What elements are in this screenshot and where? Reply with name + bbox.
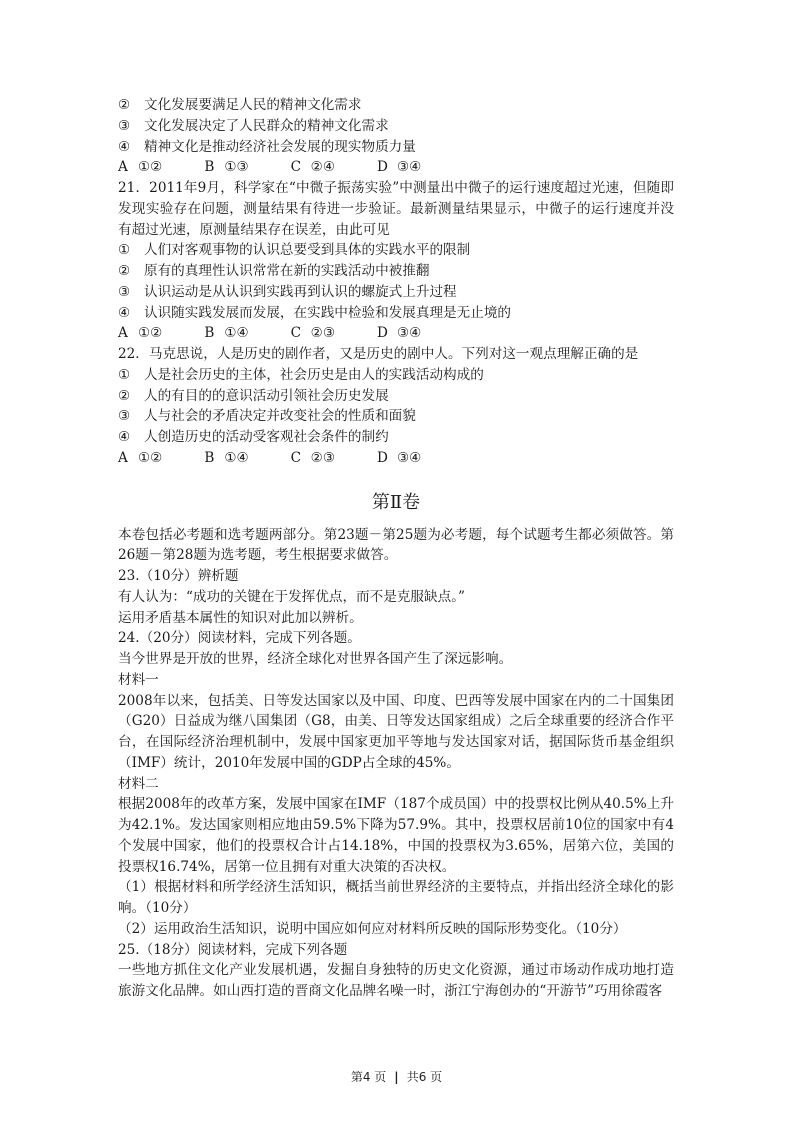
option-item: ④人创造历史的活动受客观社会条件的制约	[118, 427, 674, 448]
option-item: ①人们对客观事物的认识总要受到具体的实践水平的限制	[118, 240, 674, 261]
choice-value: ③④	[397, 323, 459, 344]
option-item: ③人与社会的矛盾决定并改变社会的性质和面貌	[118, 406, 674, 427]
q25-text: 一些地方抓住文化产业发展机遇，发掘自身独特的历史文化资源，通过市场动作成功地打造…	[118, 960, 674, 1002]
part2-intro: 本卷包括必考题和选考题两部分。第23题－第25题为必考题，每个试题考生都必须做答…	[118, 525, 674, 567]
option-item: ③文化发展决定了人民群众的精神文化需求	[118, 116, 674, 137]
choice-letter: C	[291, 157, 311, 178]
material1-title: 材料一	[118, 670, 674, 691]
option-text: 人与社会的矛盾决定并改变社会的性质和面貌	[144, 408, 416, 424]
option-text: 认识随实践发展而发展，在实践中检验和发展真理是无止境的	[144, 305, 511, 321]
option-text: 原有的真理性认识常常在新的实践活动中被推翻	[144, 263, 429, 279]
option-text: 文化发展决定了人民群众的精神文化需求	[144, 118, 389, 134]
footer-separator: |	[394, 1070, 398, 1084]
q22-stem: 22．马克思说，人是历史的剧作者，又是历史的剧中人。下列对这一观点理解正确的是	[118, 344, 674, 365]
option-text: 人创造历史的活动受客观社会条件的制约	[144, 429, 389, 445]
q20-answer-choices: A①② B①③ C②④ D③④	[118, 157, 674, 178]
choice-value: ①③	[224, 157, 286, 178]
option-item: ①人是社会历史的主体，社会历史是由人的实践活动构成的	[118, 365, 674, 386]
choice-value: ①④	[224, 448, 286, 469]
choice-letter: D	[377, 157, 397, 178]
q24-header: 24.（20分）阅读材料，完成下列各题。	[118, 628, 674, 649]
q21-stem: 21．2011年9月，科学家在“中微子振荡实验”中测量出中微子的运行速度超过光速…	[118, 178, 674, 240]
q20-options: ②文化发展要满足人民的精神文化需求 ③文化发展决定了人民群众的精神文化需求 ④精…	[118, 95, 674, 157]
q25-header: 25.（18分）阅读材料，完成下列各题	[118, 940, 674, 961]
option-text: 人是社会历史的主体，社会历史是由人的实践活动构成的	[144, 367, 484, 383]
q21-options: ①人们对客观事物的认识总要受到具体的实践水平的限制 ②原有的真理性认识常常在新的…	[118, 240, 674, 323]
option-text: 文化发展要满足人民的精神文化需求	[144, 97, 362, 113]
choice-letter: C	[291, 323, 311, 344]
q24-subquestion-1: （1）根据材料和所学经济生活知识，概括当前世界经济的主要特点，并指出经济全球化的…	[118, 877, 674, 919]
choice-value: ①④	[224, 323, 286, 344]
option-item: ④认识随实践发展而发展，在实践中检验和发展真理是无止境的	[118, 303, 674, 324]
option-text: 人们对客观事物的认识总要受到具体的实践水平的限制	[144, 242, 470, 258]
option-number: ④	[118, 137, 144, 158]
choice-letter: B	[204, 323, 224, 344]
choice-value: ②③	[311, 323, 373, 344]
material2-text: 根据2008年的改革方案，发展中国家在IMF（187个成员国）中的投票权比例从4…	[118, 794, 674, 877]
option-number: ④	[118, 427, 144, 448]
choice-letter: B	[204, 448, 224, 469]
current-page: 第4 页	[351, 1070, 386, 1084]
option-item: ②原有的真理性认识常常在新的实践活动中被推翻	[118, 261, 674, 282]
choice-value: ③④	[397, 157, 459, 178]
q23-header: 23.（10分）辨析题	[118, 566, 674, 587]
option-number: ③	[118, 282, 144, 303]
choice-value: ②③	[311, 448, 373, 469]
total-pages: 共6 页	[407, 1070, 442, 1084]
choice-value: ①②	[138, 448, 200, 469]
document-page: ②文化发展要满足人民的精神文化需求 ③文化发展决定了人民群众的精神文化需求 ④精…	[118, 95, 674, 1002]
option-text: 认识运动是从认识到实践再到认识的螺旋式上升过程	[144, 284, 457, 300]
option-number: ①	[118, 365, 144, 386]
page-footer: 第4 页|共6 页	[0, 1068, 793, 1085]
q24-lead: 当今世界是开放的世界，经济全球化对世界各国产生了深远影响。	[118, 649, 674, 670]
option-number: ②	[118, 386, 144, 407]
choice-letter: D	[377, 323, 397, 344]
option-text: 精神文化是推动经济社会发展的现实物质力量	[144, 139, 416, 155]
q22-answer-choices: A①② B①④ C②③ D③④	[118, 448, 674, 469]
choice-value: ②④	[311, 157, 373, 178]
section-title: 第Ⅱ卷	[118, 491, 674, 515]
choice-letter: D	[377, 448, 397, 469]
option-number: ②	[118, 261, 144, 282]
choice-letter: A	[118, 157, 138, 178]
q23-quote: 有人认为：“成功的关键在于发挥优点，而不是克服缺点。”	[118, 587, 674, 608]
option-item: ②文化发展要满足人民的精神文化需求	[118, 95, 674, 116]
option-item: ④精神文化是推动经济社会发展的现实物质力量	[118, 137, 674, 158]
q24-subquestion-2: （2）运用政治生活知识，说明中国应如何应对材料所反映的国际形势变化。（10分）	[118, 919, 674, 940]
material2-title: 材料二	[118, 774, 674, 795]
choice-letter: A	[118, 323, 138, 344]
choice-value: ③④	[397, 448, 459, 469]
choice-value: ①②	[138, 157, 200, 178]
q22-options: ①人是社会历史的主体，社会历史是由人的实践活动构成的 ②人的有目的的意识活动引领…	[118, 365, 674, 448]
choice-letter: C	[291, 448, 311, 469]
choice-letter: A	[118, 448, 138, 469]
q23-task: 运用矛盾基本属性的知识对此加以辨析。	[118, 608, 674, 629]
option-number: ①	[118, 240, 144, 261]
material1-text: 2008年以来，包括美、日等发达国家以及中国、印度、巴西等发展中国家在内的二十国…	[118, 691, 674, 774]
option-text: 人的有目的的意识活动引领社会历史发展	[144, 388, 389, 404]
q21-answer-choices: A①② B①④ C②③ D③④	[118, 323, 674, 344]
choice-value: ①②	[138, 323, 200, 344]
option-item: ③认识运动是从认识到实践再到认识的螺旋式上升过程	[118, 282, 674, 303]
option-number: ③	[118, 406, 144, 427]
option-number: ④	[118, 303, 144, 324]
option-number: ③	[118, 116, 144, 137]
choice-letter: B	[204, 157, 224, 178]
option-number: ②	[118, 95, 144, 116]
option-item: ②人的有目的的意识活动引领社会历史发展	[118, 386, 674, 407]
